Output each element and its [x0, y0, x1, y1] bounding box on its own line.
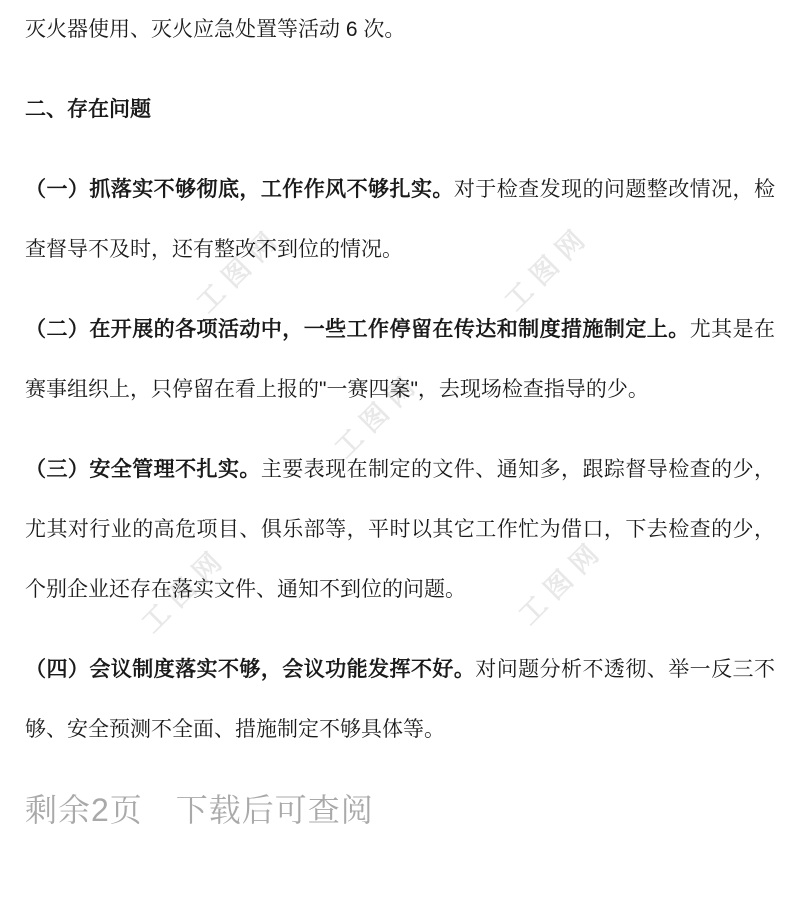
- paragraph-lead: （二）在开展的各项活动中，一些工作停留在传达和制度措施制定上。: [25, 318, 690, 341]
- paragraph-item-3: （三）安全管理不扎实。主要表现在制定的文件、通知多，跟踪督导检查的少，尤其对行业…: [25, 440, 775, 620]
- section-heading: 二、存在问题: [25, 80, 775, 140]
- paragraph-lead: （三）安全管理不扎实。: [25, 458, 261, 481]
- paragraph-item-1: （一）抓落实不够彻底，工作作风不够扎实。对于检查发现的问题整改情况，检查督导不及…: [25, 160, 775, 280]
- paragraph-lead: （一）抓落实不够彻底，工作作风不够扎实。: [25, 178, 454, 201]
- paragraph-lead: （四）会议制度落实不够，会议功能发挥不好。: [25, 658, 475, 681]
- remaining-pages-note: 剩余2页 下载后可查阅: [25, 780, 775, 840]
- paragraph-item-4: （四）会议制度落实不够，会议功能发挥不好。对问题分析不透彻、举一反三不够、安全预…: [25, 640, 775, 760]
- intro-paragraph: 灭火器使用、灭火应急处置等活动 6 次。: [25, 0, 775, 60]
- remaining-pages-text: 剩余2页 下载后可查阅: [25, 792, 374, 828]
- document-body: 灭火器使用、灭火应急处置等活动 6 次。 二、存在问题 （一）抓落实不够彻底，工…: [0, 0, 800, 840]
- paragraph-item-2: （二）在开展的各项活动中，一些工作停留在传达和制度措施制定上。尤其是在赛事组织上…: [25, 300, 775, 420]
- section-heading-text: 二、存在问题: [25, 98, 151, 121]
- intro-text: 灭火器使用、灭火应急处置等活动 6 次。: [25, 18, 405, 41]
- document-page: 工图网工图网工图网工图网工图网 灭火器使用、灭火应急处置等活动 6 次。 二、存…: [0, 0, 800, 903]
